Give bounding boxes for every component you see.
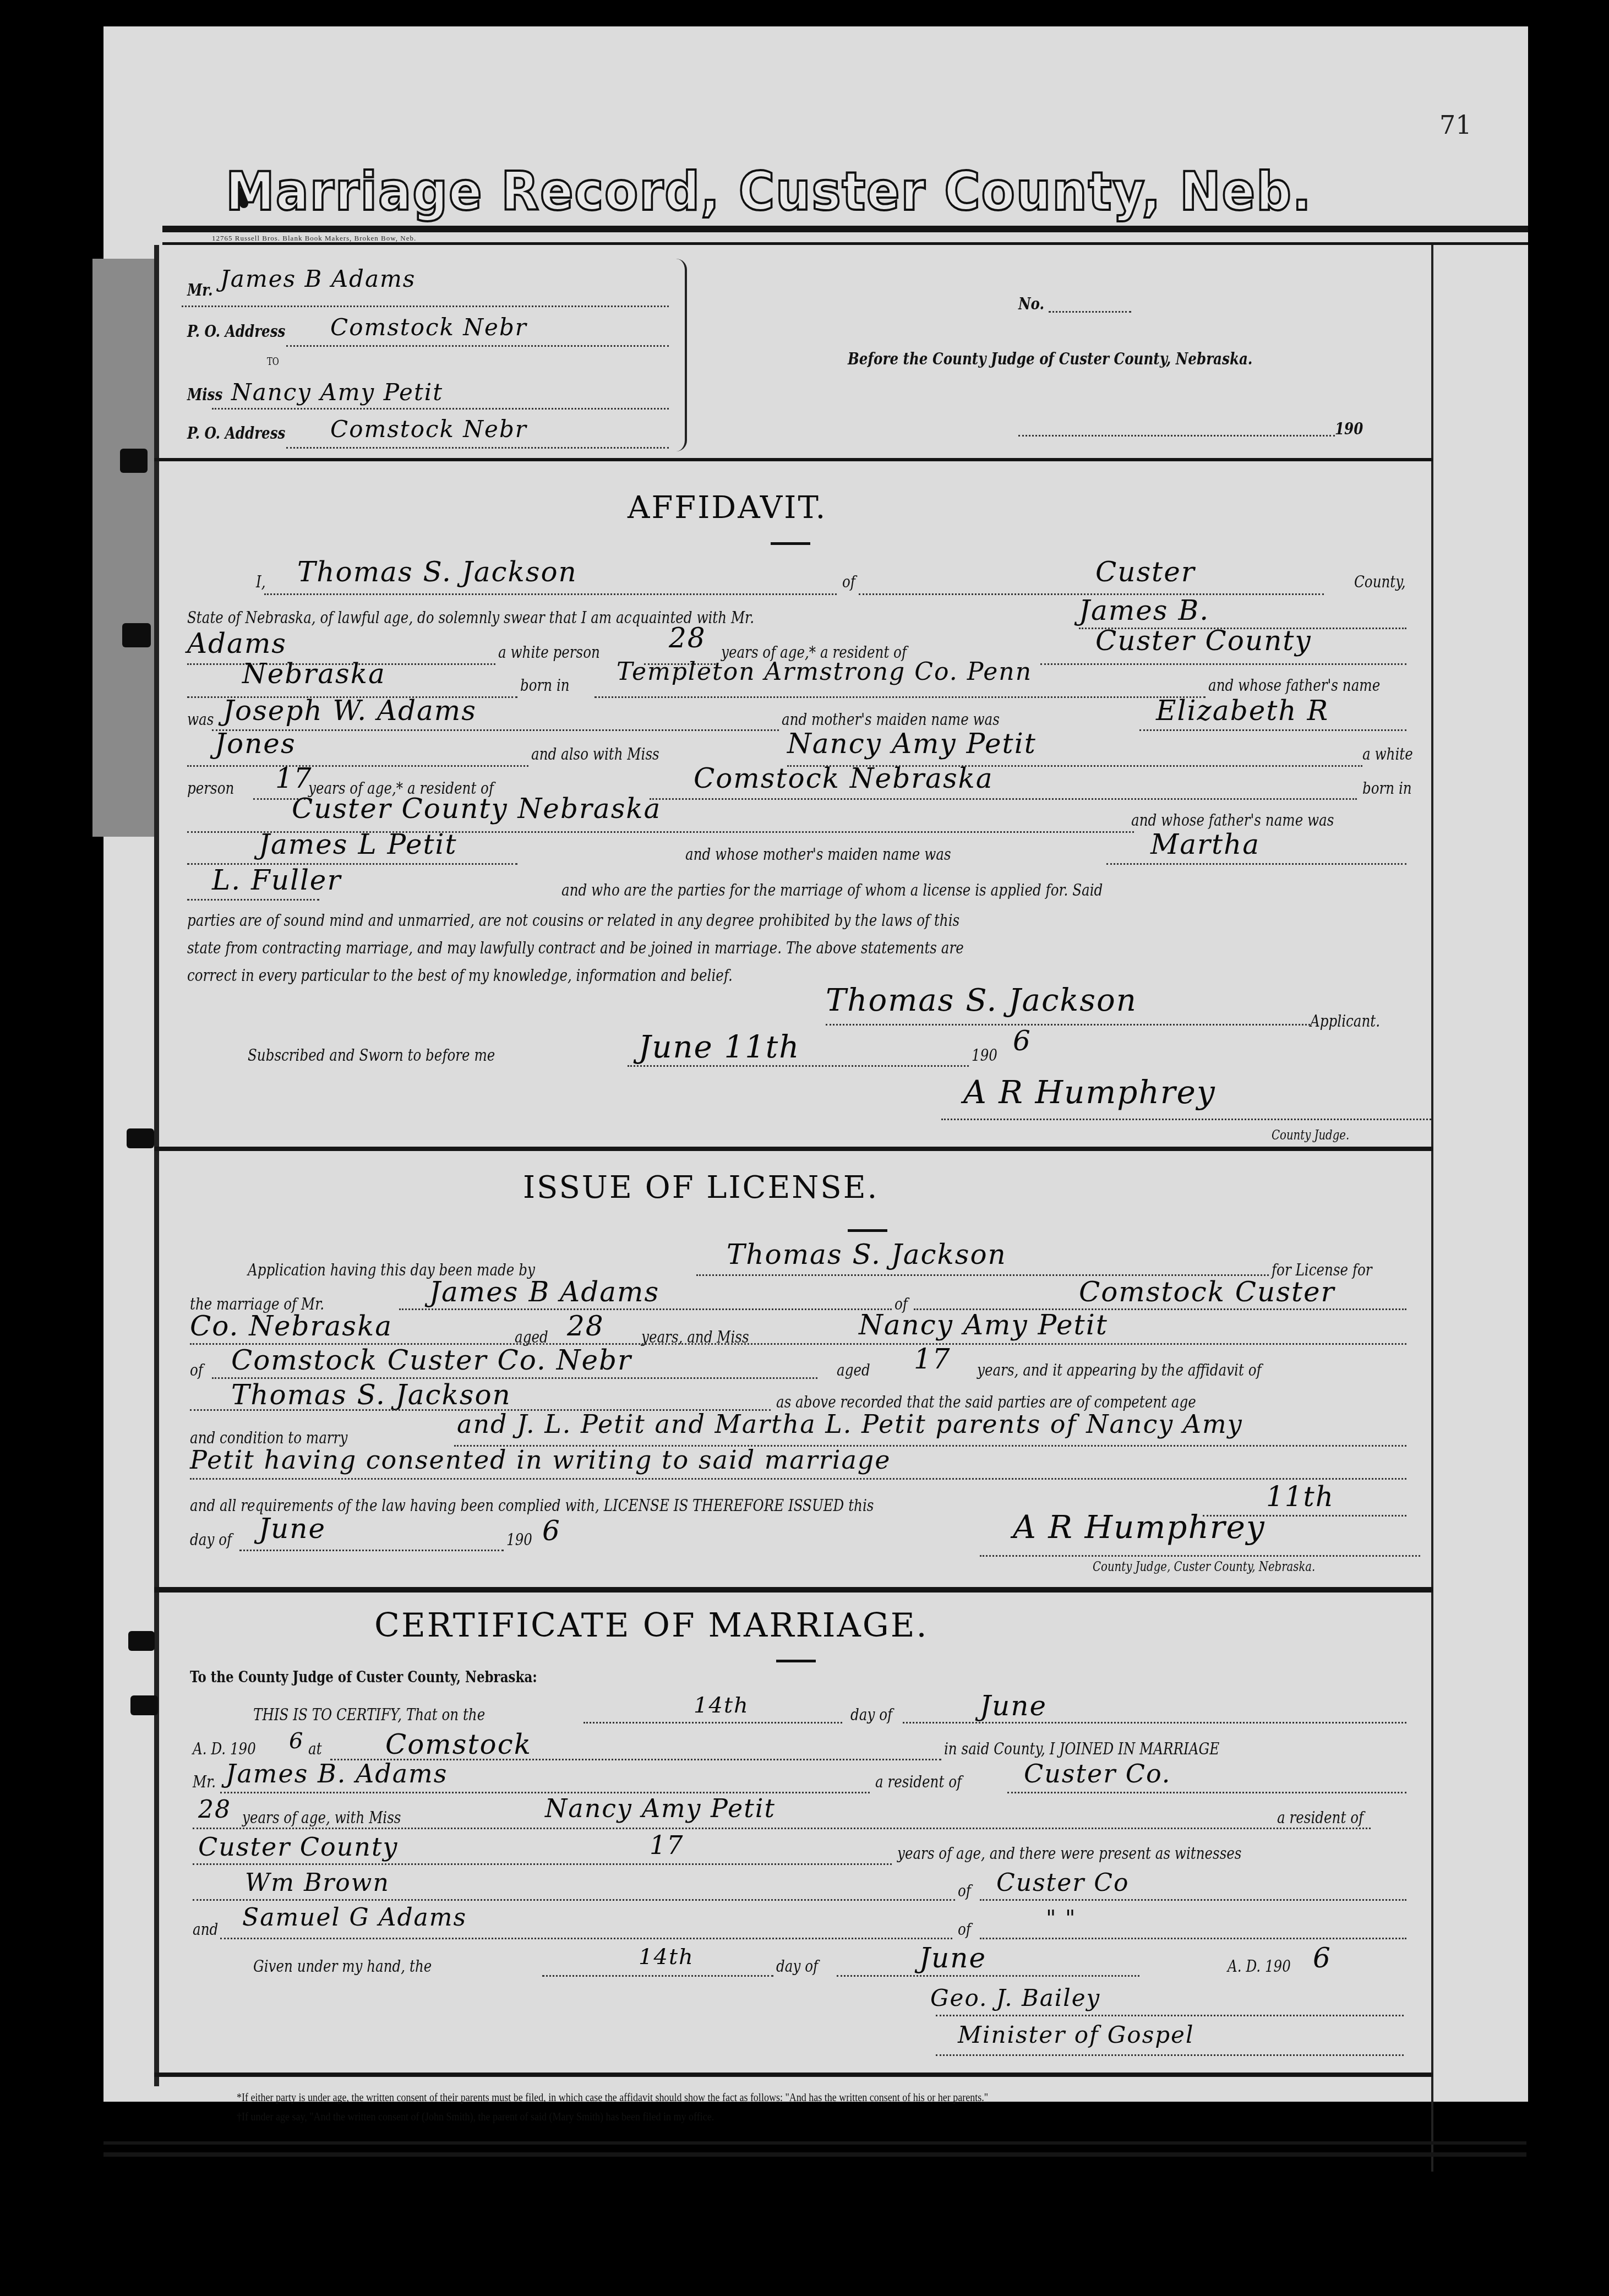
affidavit-text: and whose father's name [1208, 676, 1380, 695]
groom-last-name-field: Adams [187, 628, 287, 659]
license-heading: ISSUE OF LICENSE. [523, 1170, 879, 1206]
certificate-text: years of age, with Miss [242, 1808, 401, 1828]
certificate-text: a resident of [1277, 1808, 1363, 1828]
affidavit-text: a white person [498, 643, 600, 662]
index-tab [122, 623, 151, 647]
bride-age-field: 17 [275, 762, 313, 794]
cert-groom-residence-line [1007, 1792, 1406, 1793]
groom-father-line [212, 729, 779, 731]
groom-address-line [286, 345, 669, 347]
bottom-rule [103, 2141, 1526, 2145]
officiant-title: Minister of Gospel [958, 2021, 1194, 2048]
affidavit-text: I, [256, 572, 266, 592]
index-tab [120, 449, 148, 473]
groom-mother-surname-line [187, 765, 528, 767]
bride-birthplace-field: Custer County Nebraska [292, 793, 661, 825]
certificate-text: of [958, 1920, 971, 1939]
marriage-day-line [583, 1722, 842, 1724]
license-groom-age-field: 28 [567, 1310, 604, 1342]
issue-year-prefix: 190 [506, 1530, 532, 1550]
affidavit-text: County, [1354, 572, 1406, 592]
license-text: day of [190, 1530, 232, 1550]
cert-bride-residence-field: Custer County [198, 1832, 398, 1862]
consent-field: and J. L. Petit and Martha L. Petit pare… [457, 1409, 1243, 1439]
section-divider [154, 1587, 1433, 1593]
top-rule-heavy [162, 226, 1528, 232]
license-judge-label: County Judge, Custer County, Nebraska. [1093, 1559, 1315, 1574]
affidavit-text: a white [1362, 745, 1413, 764]
applicant-label: Applicant. [1310, 1012, 1380, 1031]
certificate-text: day of [776, 1957, 818, 1976]
affidavit-text: state from contracting marriage, and may… [187, 939, 964, 958]
county-judge-signature: A R Humphrey [963, 1073, 1216, 1111]
groom-age-field: 28 [669, 622, 706, 654]
marriage-month-line [903, 1722, 1406, 1724]
witness-2-of-line [980, 1938, 1406, 1939]
affidavit-text: and also with Miss [531, 745, 659, 764]
marriage-month-field: June [980, 1690, 1047, 1722]
section-divider [154, 2073, 1433, 2077]
affiant-line [264, 593, 837, 595]
license-text: aged [837, 1361, 870, 1380]
heading-rule [776, 1660, 816, 1662]
certificate-text: THIS IS TO CERTIFY, That on the [253, 1705, 485, 1725]
sworn-year-field: 6 [1013, 1025, 1032, 1057]
license-applicant-field: Thomas S. Jackson [727, 1239, 1007, 1270]
number-label: No. [1018, 295, 1044, 314]
bottom-rule [103, 2152, 1526, 2157]
affidavit-text: parties are of sound mind and unmarried,… [187, 911, 959, 930]
license-groom-of-cont-field: Co. Nebraska [190, 1310, 392, 1342]
certificate-text: of [958, 1881, 971, 1901]
given-month-field: June [919, 1942, 986, 1974]
number-line [1049, 311, 1131, 313]
license-text: of [190, 1361, 203, 1380]
witness-2-of-field: " " [1046, 1906, 1077, 1931]
license-bride-age-field: 17 [914, 1343, 951, 1375]
groom-residence-field: Custer County [1095, 625, 1312, 657]
issue-day-field: 11th [1266, 1481, 1334, 1513]
cert-groom-field: James B. Adams [226, 1759, 448, 1788]
sworn-date-line [628, 1065, 969, 1067]
given-day-line [542, 1975, 773, 1977]
certificate-text: a resident of [875, 1773, 962, 1792]
officiant-title-line [936, 2054, 1404, 2056]
right-frame-line [1431, 245, 1433, 2172]
cert-bride-field: Nancy Amy Petit [545, 1793, 776, 1823]
license-bride-of-field: Comstock Custer Co. Nebr [231, 1344, 632, 1376]
affidavit-text: correct in every particular to the best … [187, 966, 733, 985]
bride-name-field: Nancy Amy Petit [787, 728, 1037, 760]
left-frame-line [154, 245, 159, 2086]
heading-rule [848, 1229, 887, 1232]
cert-bride-line [193, 1828, 1371, 1829]
section-divider [154, 458, 1433, 461]
cert-groom-age-field: 28 [198, 1796, 231, 1824]
witness-1-of-field: Custer Co [996, 1869, 1129, 1897]
groom-name-field: James B Adams [220, 265, 416, 292]
heading-rule [771, 542, 810, 545]
page-number: 71 [1439, 110, 1472, 140]
cert-groom-residence-field: Custer Co. [1024, 1759, 1171, 1788]
issue-year-field: 6 [542, 1515, 561, 1547]
groom-mother-line [1139, 729, 1406, 731]
certificate-text: at [308, 1739, 322, 1759]
groom-first-name-field: James B. [1079, 595, 1209, 626]
bride-name-line [212, 408, 669, 410]
affiant-county-field: Custer [1095, 556, 1196, 588]
bride-father-field: James L Petit [259, 828, 457, 860]
bride-address-line [286, 447, 669, 449]
groom-residence-state-field: Nebraska [242, 658, 386, 690]
index-tab [130, 1695, 158, 1715]
bride-residence-line [650, 798, 1357, 800]
affidavit-text: of [842, 572, 855, 592]
sworn-date-field: June 11th [639, 1029, 800, 1065]
to-label: TO [267, 356, 279, 368]
license-groom-field: James B Adams [429, 1276, 659, 1308]
certificate-heading: CERTIFICATE OF MARRIAGE. [374, 1606, 929, 1645]
groom-birthplace-field: Templeton Armstrong Co. Penn [617, 658, 1032, 686]
affidavit-text: person [187, 779, 234, 798]
groom-address-field: Comstock Nebr [330, 314, 527, 341]
section-divider [154, 1147, 1433, 1151]
cert-bride-age-field: 17 [650, 1830, 684, 1860]
mr-label: Mr. [187, 281, 213, 300]
license-groom-of-field: Comstock Custer [1079, 1276, 1335, 1308]
sworn-text: Subscribed and Sworn to before me [248, 1046, 495, 1065]
groom-father-field: Joseph W. Adams [223, 695, 477, 727]
certificate-text: years of age, and there were present as … [897, 1844, 1241, 1863]
bride-mother-surname-field: L. Fuller [212, 864, 341, 896]
before-judge-text: Before the County Judge of Custer County… [848, 350, 1252, 369]
affidavit-text: was [187, 710, 214, 729]
po-address-label: P. O. Address [187, 424, 285, 443]
sworn-year-prefix: 190 [972, 1046, 997, 1065]
officiant-signature-line [936, 2015, 1404, 2016]
witness-1-line [193, 1899, 955, 1901]
miss-label: Miss [187, 385, 222, 405]
license-bride-field: Nancy Amy Petit [859, 1309, 1108, 1341]
witness-1-field: Wm Brown [245, 1869, 390, 1897]
given-year-field: 6 [1313, 1942, 1332, 1974]
groom-mother-surname-field: Jones [215, 728, 296, 760]
header-date-suffix: 190 [1335, 419, 1363, 439]
brace [676, 259, 687, 451]
issue-month-line [239, 1550, 504, 1551]
certificate-text: Given under my hand, the [253, 1957, 432, 1976]
license-text: years, and it appearing by the affidavit… [977, 1361, 1262, 1380]
groom-mother-field: Elizabeth R [1156, 695, 1329, 727]
affidavit-text: and whose father's name was [1131, 811, 1334, 830]
consent-cont-field: Petit having consented in writing to sai… [190, 1445, 891, 1475]
marriage-place-field: Comstock [385, 1728, 532, 1760]
certificate-text: A. D. 190 [1228, 1957, 1291, 1976]
index-tab [128, 1631, 155, 1651]
applicant-signature-line [826, 1024, 1310, 1026]
affidavit-text: born in [520, 676, 570, 695]
top-rule-thin [162, 242, 1528, 245]
bride-address-field: Comstock Nebr [330, 416, 527, 443]
footnote-consent-wording: †If under age say, "And the written cons… [237, 2111, 714, 2124]
printer-imprint: 12765 Russell Bros. Blank Book Makers, B… [212, 234, 416, 243]
certificate-text: and [193, 1920, 218, 1939]
certificate-salutation: To the County Judge of Custer County, Ne… [190, 1668, 537, 1686]
marriage-day-field: 14th [694, 1693, 749, 1718]
marriage-year-field: 6 [289, 1728, 304, 1754]
given-month-line [837, 1975, 1139, 1977]
header-date-line [1018, 435, 1335, 437]
affidavit-text: and whose mother's maiden name was [685, 845, 951, 864]
consent-cont-line [190, 1478, 1406, 1480]
witness-1-of-line [980, 1899, 1406, 1901]
affiant-name-field: Thomas S. Jackson [297, 556, 577, 588]
page-title: Marriage Record, Custer County, Neb. [226, 161, 1301, 222]
bride-mother-line [1106, 863, 1406, 865]
license-judge-line [980, 1555, 1420, 1557]
bride-mother-surname-line [187, 899, 319, 901]
license-affiant-field: Thomas S. Jackson [231, 1379, 511, 1411]
bride-residence-field: Comstock Nebraska [694, 762, 994, 794]
bride-name-field: Nancy Amy Petit [231, 379, 443, 406]
certificate-text: Mr. [193, 1773, 216, 1792]
cert-bride-residence-line [193, 1863, 892, 1865]
bride-mother-field: Martha [1150, 828, 1260, 860]
binding-strip [92, 259, 156, 837]
po-address-label: P. O. Address [187, 322, 285, 341]
officiant-signature: Geo. J. Bailey [930, 1984, 1100, 2011]
license-judge-signature: A R Humphrey [1013, 1508, 1266, 1546]
county-judge-label: County Judge. [1272, 1127, 1349, 1143]
affidavit-text: born in [1362, 779, 1412, 798]
license-groom-line [399, 1308, 892, 1310]
given-day-field: 14th [639, 1944, 694, 1970]
affidavit-text: and mother's maiden name was [782, 710, 1000, 729]
groom-name-line [182, 306, 669, 307]
affidavit-heading: AFFIDAVIT. [628, 490, 827, 526]
certificate-text: in said County, I JOINED IN MARRIAGE [944, 1739, 1219, 1759]
witness-2-field: Samuel G Adams [242, 1904, 467, 1932]
groom-residence-line [1040, 663, 1406, 665]
judge-signature-line [941, 1119, 1431, 1120]
certificate-text: day of [850, 1705, 892, 1725]
certificate-text: A. D. 190 [193, 1739, 256, 1759]
applicant-signature: Thomas S. Jackson [826, 983, 1137, 1018]
witness-2-line [220, 1938, 952, 1939]
affidavit-text: and who are the parties for the marriage… [561, 881, 1103, 900]
footnote-underage-consent: *If either party is under age, the writt… [237, 2092, 988, 2104]
index-tab [127, 1128, 154, 1148]
groom-birthplace-line [594, 696, 1206, 698]
issue-month-field: June [259, 1513, 326, 1545]
